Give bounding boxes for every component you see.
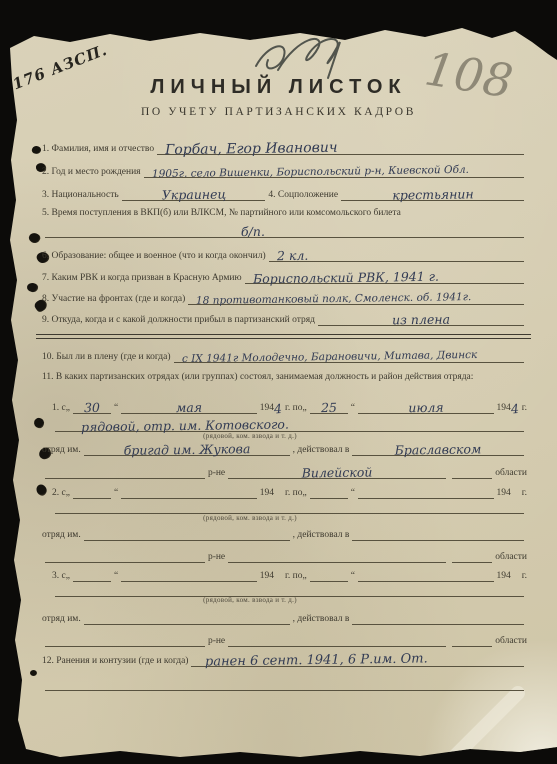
open-quote: „ — [302, 570, 306, 582]
field-education: 6. Образование: общее и военное (что и к… — [42, 247, 527, 262]
entry1-yearto-value: 4 — [510, 403, 522, 416]
oblasti-label: области — [495, 551, 527, 563]
field-education-label: 6. Образование: общее и военное (что и к… — [42, 250, 266, 262]
close-quote: “ — [114, 570, 118, 582]
entry1-rayon-value: Вилейской — [302, 467, 373, 480]
field-birth: 2. Год и место рождения 1905г. село Више… — [42, 163, 527, 178]
position-caption: (рядовой, ком. взвода и т. д.) — [130, 432, 370, 440]
open-quote: „ — [302, 487, 306, 499]
entry2-short-line — [452, 548, 492, 563]
field-fronts: 8. Участие на фронтах (где и когда) 18 п… — [42, 290, 527, 305]
field-wounds-line: ранен 6 сент. 1941, 6 Р.им. От. — [191, 652, 524, 667]
g-label: г. — [522, 402, 527, 414]
entry1-monthfrom-line: мая — [121, 399, 257, 414]
entry1-number: 1. — [52, 402, 59, 414]
entry3-dayto-line — [310, 567, 348, 582]
deistvoval-label: , действовал в — [293, 613, 350, 625]
entry2-dayto-line — [310, 484, 348, 499]
entry3-otryad-line — [84, 610, 290, 625]
field-surname-line: Горбач, Егор Иванович — [157, 140, 524, 155]
entry2-monthto-line — [358, 484, 494, 499]
punch-hole — [31, 145, 42, 156]
entry1-position-row: рядовой, отр. им. Котовского. — [52, 417, 527, 432]
year-prefix: 194 — [260, 402, 274, 414]
field-arrival: 9. Откуда, когда и с какой должности при… — [42, 311, 527, 326]
close-quote: “ — [114, 487, 118, 499]
field-nationality-label: 3. Национальность — [42, 189, 119, 201]
field-party-value: б/п. — [241, 226, 265, 238]
rne-label: р-не — [208, 551, 225, 563]
section-divider-rule — [36, 334, 531, 339]
field-fronts-label: 8. Участие на фронтах (где и когда) — [42, 293, 185, 305]
po-label: по — [293, 402, 303, 414]
field-birth-line: 1905г. село Вишенки, Бориспольский р-н, … — [144, 163, 524, 178]
field-arrival-value: из плена — [392, 314, 450, 327]
entry2-rayon-row: р-не области — [42, 548, 527, 563]
entry3-dayfrom-line — [73, 567, 111, 582]
field-arrival-label: 9. Откуда, когда и с какой должности при… — [42, 314, 315, 326]
entry2-otryad-line — [84, 526, 290, 541]
entry1-dayto-line: 25 — [310, 399, 348, 414]
field-birth-value: 1905г. село Вишенки, Бориспольский р-н, … — [151, 164, 468, 180]
entry1-dayfrom-value: 30 — [84, 402, 100, 414]
entry3-otryad-row: отряд им. , действовал в — [42, 610, 527, 625]
g-label: г. — [285, 570, 290, 582]
entry3-dates-row: 3. с „“ 194г. по „“ 194г. — [52, 567, 527, 582]
rne-label: р-не — [208, 635, 225, 647]
otryad-im-label: отряд им. — [42, 444, 81, 456]
form-subtitle: ПО УЧЕТУ ПАРТИЗАНСКИХ КАДРОВ — [0, 106, 557, 118]
g-label: г. — [522, 570, 527, 582]
oblasti-label: области — [495, 635, 527, 647]
field-party-label: 5. Время поступления в ВКП(б) или ВЛКСМ,… — [42, 207, 401, 219]
oblasti-label: области — [495, 467, 527, 479]
entry1-monthfrom-value: мая — [176, 402, 202, 414]
field-rvk-label: 7. Каким РВК и когда призван в Красную А… — [42, 272, 242, 284]
field-rvk: 7. Каким РВК и когда призван в Красную А… — [42, 269, 527, 284]
open-quote: „ — [66, 402, 70, 414]
entry2-area-line — [352, 526, 524, 541]
entry1-monthto-value: июля — [408, 402, 443, 414]
field-nationality-social: 3. Национальность Украинец 4. Соцположен… — [42, 186, 527, 201]
year-prefix: 194 — [497, 570, 511, 582]
entry1-rayon-line: Вилейской — [228, 464, 446, 479]
g-label: г. — [285, 487, 290, 499]
entry3-short-line — [452, 632, 492, 647]
otryad-im-label: отряд им. — [42, 529, 81, 541]
entry2-dates-row: 2. с „“ 194г. по „“ 194г. — [52, 484, 527, 499]
field-nationality-line: Украинец — [122, 186, 266, 201]
entry1-otryad-line: бригад им. Жукова — [84, 441, 290, 456]
entry3-number: 3. — [52, 570, 59, 582]
entry3-position-row — [52, 582, 527, 597]
field-wounds: 12. Ранения и контузии (где и когда) ран… — [42, 652, 527, 667]
punch-hole — [34, 483, 49, 498]
entry2-number: 2. — [52, 487, 59, 499]
field-detachments-heading: 11. В каких партизанских отрядах (или гр… — [42, 371, 527, 383]
entry3-rayon-line — [228, 632, 446, 647]
field-wounds-value: ранен 6 сент. 1941, 6 Р.им. От. — [205, 653, 428, 668]
entry3-monthfrom-line — [121, 567, 257, 582]
entry1-area-value: Браславском — [395, 443, 482, 456]
entry1-dates-row: 1. с „30“ мая 1944г. по „25“ июля 1944г. — [52, 399, 527, 414]
entry2-position-row — [52, 499, 527, 514]
entry3-blank-line — [45, 632, 205, 647]
field-detachments-label: 11. В каких партизанских отрядах (или гр… — [42, 371, 473, 383]
field-captivity-value: с IX 1941г Молодечно, Барановичи, Митава… — [181, 349, 476, 365]
field-social-line: крестьянин — [341, 186, 524, 201]
position-caption: (рядовой, ком. взвода и т. д.) — [130, 596, 370, 604]
otryad-im-label: отряд им. — [42, 613, 81, 625]
field-wounds-extra-line — [45, 676, 524, 691]
entry1-blank-line — [45, 464, 205, 479]
year-prefix: 194 — [260, 487, 274, 499]
open-quote: „ — [66, 570, 70, 582]
field-surname-label: 1. Фамилия, имя и отчество — [42, 143, 154, 155]
field-fronts-line: 18 противотанковый полк, Смоленск. об. 1… — [188, 290, 524, 305]
field-rvk-value: Бориспольский РВК, 1941 г. — [253, 271, 439, 286]
entry2-otryad-row: отряд им. , действовал в — [42, 526, 527, 541]
field-nationality-value: Украинец — [161, 189, 226, 202]
punch-hole — [33, 417, 45, 429]
entry1-dayfrom-line: 30 — [73, 399, 111, 414]
field-birth-label: 2. Год и место рождения — [42, 166, 141, 178]
entry3-monthto-line — [358, 567, 494, 582]
entry1-yearfrom-value: 4 — [274, 403, 286, 416]
po-label: по — [293, 487, 303, 499]
field-captivity-line: с IX 1941г Молодечно, Барановичи, Митава… — [174, 348, 524, 363]
g-label: г. — [522, 487, 527, 499]
year-prefix: 194 — [497, 402, 511, 414]
entry2-blank-line — [45, 548, 205, 563]
deistvoval-label: , действовал в — [293, 444, 350, 456]
entry3-position-line — [55, 582, 524, 597]
entry2-dayfrom-line — [73, 484, 111, 499]
entry1-position-line: рядовой, отр. им. Котовского. — [55, 417, 524, 432]
rne-label: р-не — [208, 467, 225, 479]
entry1-area-line: Браславском — [352, 441, 524, 456]
entry1-otryad-row: отряд им. бригад им. Жукова , действовал… — [42, 441, 527, 456]
field-surname: 1. Фамилия, имя и отчество Горбач, Егор … — [42, 140, 527, 155]
open-quote: „ — [302, 402, 306, 414]
deistvoval-label: , действовал в — [293, 529, 350, 541]
field-party: 5. Время поступления в ВКП(б) или ВЛКСМ,… — [42, 207, 527, 219]
close-quote: “ — [351, 487, 355, 499]
field-fronts-value: 18 противотанковый полк, Смоленск. об. 1… — [196, 291, 471, 307]
year-prefix: 194 — [260, 570, 274, 582]
punch-hole — [26, 282, 38, 293]
entry3-rayon-row: р-не области — [42, 632, 527, 647]
field-party-valueline: б/п. — [42, 223, 527, 238]
field-rvk-line: Бориспольский РВК, 1941 г. — [245, 269, 524, 284]
entry2-monthfrom-line — [121, 484, 257, 499]
entry2-position-line — [55, 499, 524, 514]
entry1-short-line — [452, 464, 492, 479]
po-label: по — [293, 570, 303, 582]
scanned-form-sheet: 176 АЗСП. 108 ЛИЧНЫЙ ЛИСТОК ПО УЧЕТУ ПАР… — [0, 0, 557, 764]
field-education-value: 2 кл. — [277, 250, 308, 262]
close-quote: “ — [114, 402, 118, 414]
close-quote: “ — [351, 402, 355, 414]
form-title: ЛИЧНЫЙ ЛИСТОК — [0, 76, 557, 99]
punch-hole — [30, 670, 37, 676]
field-captivity-label: 10. Был ли в плену (где и когда) — [42, 351, 171, 363]
field-education-line: 2 кл. — [269, 247, 524, 262]
field-social-value: крестьянин — [392, 188, 473, 201]
field-surname-value: Горбач, Егор Иванович — [165, 142, 338, 156]
entry1-otryad-value: бригад им. Жукова — [123, 443, 250, 457]
entry3-area-line — [352, 610, 524, 625]
field-captivity: 10. Был ли в плену (где и когда) с IX 19… — [42, 348, 527, 363]
field-wounds-extra-line-row — [42, 676, 527, 691]
g-label: г. — [285, 402, 290, 414]
field-social-label: 4. Соцположение — [268, 189, 338, 201]
year-prefix: 194 — [497, 487, 511, 499]
entry1-rayon-row: р-не Вилейской области — [42, 464, 527, 479]
close-quote: “ — [351, 570, 355, 582]
entry2-rayon-line — [228, 548, 446, 563]
open-quote: „ — [66, 487, 70, 499]
field-wounds-label: 12. Ранения и контузии (где и когда) — [42, 655, 188, 667]
entry1-monthto-line: июля — [358, 399, 494, 414]
punch-hole — [27, 231, 42, 245]
position-caption: (рядовой, ком. взвода и т. д.) — [130, 514, 370, 522]
field-party-line: б/п. — [45, 223, 524, 238]
field-arrival-line: из плена — [318, 311, 524, 326]
entry1-dayto-value: 25 — [321, 402, 337, 414]
